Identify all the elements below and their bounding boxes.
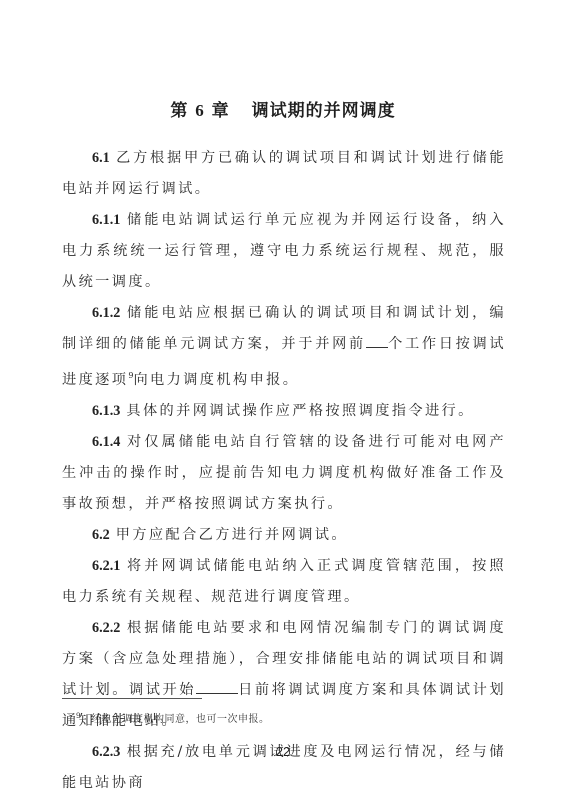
clause-6-1-2: 6.1.2储能电站应根据已确认的调试项目和调试计划，编制详细的储能单元调试方案，… <box>62 298 506 396</box>
body-text: 6.1乙方根据甲方已确认的调试项目和调试计划进行储能电站并网运行调试。 6.1.… <box>62 143 506 799</box>
clause-6-2-1: 6.2.1将并网调试储能电站纳入正式调度管辖范围，按照电力系统有关规程、规范进行… <box>62 551 506 613</box>
footnote-mark: 9 <box>76 712 81 720</box>
footnote-text: 经电力调度机构同意，也可一次申报。 <box>91 714 270 725</box>
clause-text: 乙方根据甲方已确认的调试项目和调试计划进行储能电站并网运行调试。 <box>62 150 506 197</box>
document-page: 第 6 章调试期的并网调度 6.1乙方根据甲方已确认的调试项目和调试计划进行储能… <box>0 0 566 800</box>
footnote: 9经电力调度机构同意，也可一次申报。 <box>76 710 269 725</box>
chapter-unit: 章 <box>212 101 230 121</box>
section-number: 6.1 <box>92 150 110 166</box>
clause-text: 将并网调试储能电站纳入正式调度管辖范围，按照电力系统有关规程、规范进行调度管理。 <box>62 558 506 605</box>
section-number: 6.1.1 <box>92 212 120 228</box>
clause-text: 具体的并网调试操作应严格按照调度指令进行。 <box>126 403 474 419</box>
fill-in-blank <box>366 335 388 348</box>
fill-in-blank <box>196 681 238 694</box>
chapter-title: 第 6 章调试期的并网调度 <box>0 96 566 121</box>
page-number: 22 <box>0 744 566 759</box>
section-number: 6.2.1 <box>92 558 120 574</box>
clause-6-1-3: 6.1.3具体的并网调试操作应严格按照调度指令进行。 <box>62 396 506 427</box>
chapter-label: 第 <box>170 101 188 121</box>
clause-6-2: 6.2甲方应配合乙方进行并网调试。 <box>62 520 506 551</box>
clause-text: 储能电站调试运行单元应视为并网运行设备，纳入电力系统统一运行管理，遵守电力系统运… <box>62 212 506 290</box>
clause-text: 对仅属储能电站自行管辖的设备进行可能对电网产生冲击的操作时，应提前告知电力调度机… <box>62 434 506 512</box>
clause-text: 向电力调度机构申报。 <box>133 372 299 388</box>
chapter-heading: 调试期的并网调度 <box>252 101 396 121</box>
clause-text: 甲方应配合乙方进行并网调试。 <box>116 527 348 543</box>
chapter-number: 6 <box>195 101 205 120</box>
section-number: 6.2 <box>92 527 110 543</box>
section-number: 6.1.4 <box>92 434 120 450</box>
footnote-divider <box>62 698 202 699</box>
clause-6-1: 6.1乙方根据甲方已确认的调试项目和调试计划进行储能电站并网运行调试。 <box>62 143 506 205</box>
section-number: 6.2.2 <box>92 620 120 636</box>
clause-6-1-4: 6.1.4对仅属储能电站自行管辖的设备进行可能对电网产生冲击的操作时，应提前告知… <box>62 427 506 520</box>
clause-6-1-1: 6.1.1储能电站调试运行单元应视为并网运行设备，纳入电力系统统一运行管理，遵守… <box>62 205 506 298</box>
section-number: 6.1.3 <box>92 403 120 419</box>
section-number: 6.1.2 <box>92 305 120 321</box>
